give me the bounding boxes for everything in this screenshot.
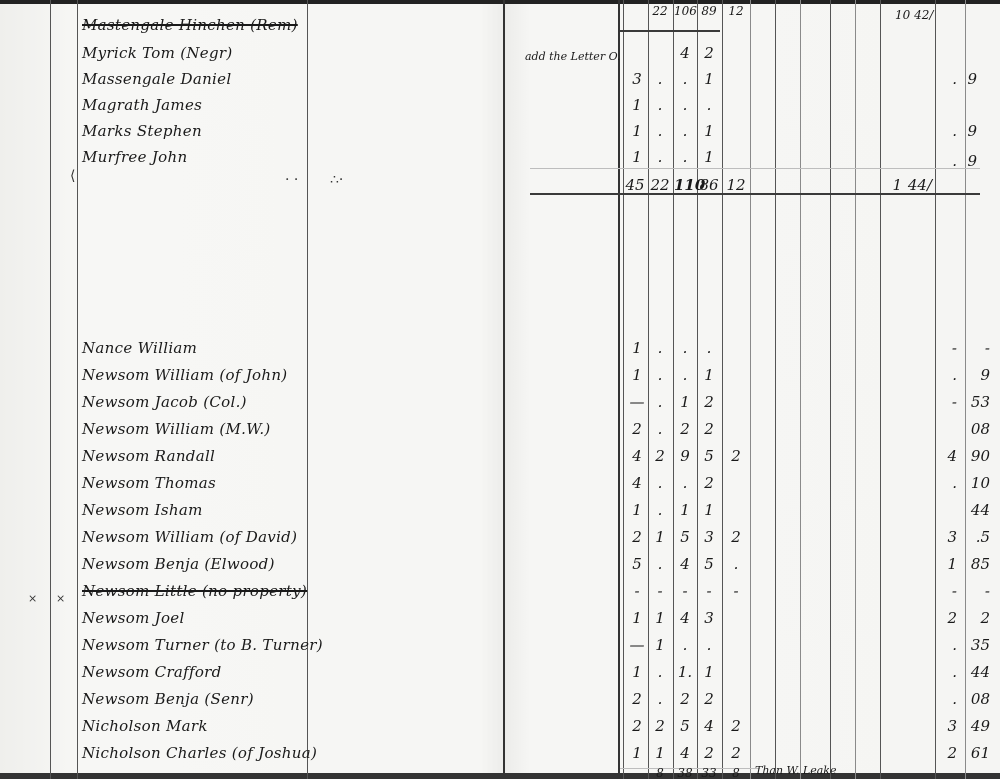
- value-c1: 2: [626, 420, 648, 438]
- tax-b: -: [960, 339, 990, 357]
- tax-a: .: [935, 690, 957, 708]
- value-c3: 4: [674, 609, 696, 627]
- tax-a: 1: [935, 555, 957, 573]
- ink-mark: ∴·: [330, 172, 343, 188]
- value-c1: —: [626, 636, 648, 654]
- value-c1: 3: [626, 70, 648, 88]
- value-c1: 1: [626, 663, 648, 681]
- tax-a: -: [935, 339, 957, 357]
- value-c4: 2: [698, 44, 720, 62]
- entry-name: Nicholson Charles (of Joshua): [82, 744, 317, 762]
- value-c2: 2: [649, 717, 671, 735]
- value-c4: 1: [698, 663, 720, 681]
- value-c4: 4: [698, 717, 720, 735]
- value-c2: .: [649, 339, 671, 357]
- value-c3: 4: [674, 44, 696, 62]
- tax-b: 10: [960, 474, 990, 492]
- value-c3: 1: [674, 501, 696, 519]
- value-c1: 5: [626, 555, 648, 573]
- col-rule-0b: [623, 0, 624, 779]
- value-c2: .: [649, 70, 671, 88]
- value-c2: .: [649, 393, 671, 411]
- tax-b: 90: [960, 447, 990, 465]
- entry-name: Nicholson Mark: [82, 717, 208, 735]
- value-c3: 9: [674, 447, 696, 465]
- value-c4: 1: [698, 148, 720, 166]
- tax-a: .: [935, 663, 957, 681]
- value-c4: 1: [698, 70, 720, 88]
- ink-mark: ⟨: [70, 168, 75, 184]
- value-c3: .: [674, 122, 696, 140]
- tax-a: 2: [935, 609, 957, 627]
- tax-a: -: [935, 582, 957, 600]
- value-c1: 1: [626, 744, 648, 762]
- tax-b: 35: [960, 636, 990, 654]
- value-c2: 1: [649, 636, 671, 654]
- entry-name: Newsom Isham: [82, 501, 203, 519]
- value-c4: .: [698, 339, 720, 357]
- value-c5: 2: [725, 744, 747, 762]
- tax-b: 85: [960, 555, 990, 573]
- value-c3: .: [674, 70, 696, 88]
- value-c3: 4: [674, 744, 696, 762]
- col-rule-4: [722, 0, 723, 779]
- value-c4: 3: [698, 609, 720, 627]
- header-total-c2: 22: [649, 4, 671, 18]
- tax-b: 44: [960, 663, 990, 681]
- value-c2: .: [649, 148, 671, 166]
- value-c1: 1: [626, 96, 648, 114]
- tax-a: .: [935, 122, 957, 140]
- value-c1: 2: [626, 690, 648, 708]
- value-c4: .: [698, 636, 720, 654]
- header-total-c3: 106: [674, 4, 696, 18]
- value-c2: .: [649, 555, 671, 573]
- value-c2: 1: [649, 528, 671, 546]
- ledger-page: 22 106 89 12 10 42/ add the Letter O. Ma…: [0, 0, 1000, 779]
- value-c3: .: [674, 96, 696, 114]
- entry-name: Newsom Benja (Senr): [82, 690, 254, 708]
- value-c1: —: [626, 393, 648, 411]
- subtotal-c5: 8: [725, 766, 747, 779]
- total-c5: 12: [725, 176, 747, 194]
- value-c4: 5: [698, 447, 720, 465]
- col-rule-6: [775, 0, 776, 779]
- col-rule-8: [830, 0, 831, 779]
- value-c2: .: [649, 501, 671, 519]
- x-mark: ×: [28, 592, 37, 605]
- tax-b: 53: [960, 393, 990, 411]
- total-tax-a: 1: [880, 176, 902, 194]
- subtotal-note: Than W. Leake: [755, 764, 837, 777]
- value-c1: 1: [626, 501, 648, 519]
- tax-b: 44: [960, 501, 990, 519]
- ink-mark: · ·: [285, 172, 298, 188]
- total-tax-b: 44/: [900, 176, 932, 194]
- entry-name: Newsom William (M.W.): [82, 420, 271, 438]
- value-c2: .: [649, 474, 671, 492]
- value-c3: 5: [674, 717, 696, 735]
- entry-name: Newsom Little (no property): [82, 582, 307, 600]
- entry-name: Nance William: [82, 339, 197, 357]
- tax-b: 9: [960, 366, 990, 384]
- tax-a: .: [935, 474, 957, 492]
- value-c1: 4: [626, 447, 648, 465]
- entry-name: Newsom Randall: [82, 447, 215, 465]
- tax-b: -: [960, 582, 990, 600]
- value-c4: .: [698, 96, 720, 114]
- value-c4: 1: [698, 122, 720, 140]
- value-c4: 2: [698, 420, 720, 438]
- value-c2: 1: [649, 609, 671, 627]
- header-total-c5: 12: [725, 4, 747, 18]
- value-c2: 1: [649, 744, 671, 762]
- value-c3: 1.: [674, 663, 696, 681]
- tax-b: 08: [960, 420, 990, 438]
- margin-rule-1: [50, 0, 51, 779]
- tax-a: 3: [935, 717, 957, 735]
- entry-name: Myrick Tom (Negr): [82, 44, 233, 62]
- tax-b: 61: [960, 744, 990, 762]
- tax-a: 2: [935, 744, 957, 762]
- value-c5: -: [725, 582, 747, 600]
- value-c1: -: [626, 582, 648, 600]
- margin-rule-2: [77, 0, 78, 779]
- tax-b: 49: [960, 717, 990, 735]
- entry-name: Newsom Joel: [82, 609, 185, 627]
- value-c1: 4: [626, 474, 648, 492]
- entry-name: Magrath James: [82, 96, 202, 114]
- value-c4: 1: [698, 366, 720, 384]
- tax-b: 9: [955, 152, 977, 170]
- value-c3: .: [674, 474, 696, 492]
- value-c5: 2: [725, 717, 747, 735]
- value-c1: 2: [626, 528, 648, 546]
- entry-name: Murfree John: [82, 148, 187, 166]
- tax-a: 3: [935, 528, 957, 546]
- scan-top-edge: [0, 0, 1000, 4]
- value-c1: 1: [626, 148, 648, 166]
- entry-name: Newsom Thomas: [82, 474, 216, 492]
- value-c3: 2: [674, 420, 696, 438]
- tax-b: 9: [955, 122, 977, 140]
- value-c2: .: [649, 96, 671, 114]
- value-c1: 2: [626, 717, 648, 735]
- value-c1: 1: [626, 339, 648, 357]
- tax-a: .: [935, 636, 957, 654]
- value-c3: .: [674, 339, 696, 357]
- value-c5: .: [725, 555, 747, 573]
- tax-b: .5: [960, 528, 990, 546]
- value-c4: 2: [698, 744, 720, 762]
- value-c3: .: [674, 366, 696, 384]
- entry-name: Newsom Jacob (Col.): [82, 393, 247, 411]
- subtotal-c2: 8: [649, 766, 671, 779]
- value-c4: 2: [698, 690, 720, 708]
- tax-a: -: [935, 393, 957, 411]
- scan-bottom-edge: [0, 773, 1000, 779]
- pre-total-rule: [530, 168, 980, 169]
- tax-b: 9: [955, 70, 977, 88]
- value-c4: 5: [698, 555, 720, 573]
- col-rule-9: [855, 0, 856, 779]
- value-c5: 2: [725, 528, 747, 546]
- tax-a: 4: [935, 447, 957, 465]
- entry-name: Newsom Turner (to B. Turner): [82, 636, 323, 654]
- value-c4: -: [698, 582, 720, 600]
- value-c3: 2: [674, 690, 696, 708]
- total-c2: 22: [649, 176, 671, 194]
- value-c3: 1: [674, 393, 696, 411]
- col-rule-5: [750, 0, 751, 779]
- value-c1: 1: [626, 122, 648, 140]
- entry-name: Newsom Benja (Elwood): [82, 555, 275, 573]
- col-rule-10: [880, 0, 881, 779]
- value-c3: 5: [674, 528, 696, 546]
- value-c2: -: [649, 582, 671, 600]
- value-c4: 1: [698, 501, 720, 519]
- value-c4: 2: [698, 474, 720, 492]
- center-gutter: [503, 0, 505, 779]
- value-c1: 1: [626, 366, 648, 384]
- col-rule-0: [618, 0, 620, 779]
- value-c3: .: [674, 148, 696, 166]
- header-total-c4: 89: [698, 4, 720, 18]
- entry-name: Newsom Crafford: [82, 663, 222, 681]
- value-c1: 1: [626, 609, 648, 627]
- value-c4: 2: [698, 393, 720, 411]
- value-c3: 4: [674, 555, 696, 573]
- header-underline: [620, 30, 720, 32]
- name-column-rule: [307, 0, 308, 779]
- tax-a: .: [935, 152, 957, 170]
- value-c3: -: [674, 582, 696, 600]
- value-c2: .: [649, 420, 671, 438]
- tax-b: 2: [960, 609, 990, 627]
- subtotal-c3: 38: [674, 766, 696, 779]
- entry-name: Newsom William (of David): [82, 528, 297, 546]
- tax-a: .: [935, 70, 957, 88]
- value-c2: .: [649, 663, 671, 681]
- value-c2: .: [649, 366, 671, 384]
- tax-a: .: [935, 366, 957, 384]
- entry-name: Marks Stephen: [82, 122, 202, 140]
- header-tax-marker: 10 42/: [895, 8, 933, 22]
- value-c2: .: [649, 122, 671, 140]
- margin-note-letter-o: add the Letter O.: [525, 50, 620, 63]
- value-c2: .: [649, 690, 671, 708]
- total-c1: 45: [624, 176, 646, 194]
- x-mark: ×: [56, 592, 65, 605]
- entry-name: Newsom William (of John): [82, 366, 287, 384]
- value-c2: 2: [649, 447, 671, 465]
- tax-b: 08: [960, 690, 990, 708]
- entry-name: Mastengale Hinchen (Rem): [82, 16, 298, 34]
- entry-name: Massengale Daniel: [82, 70, 231, 88]
- value-c4: 3: [698, 528, 720, 546]
- col-rule-7: [800, 0, 801, 779]
- subtotal-c4: 33: [698, 766, 720, 779]
- value-c5: 2: [725, 447, 747, 465]
- total-c4: 86: [698, 176, 720, 194]
- total-c3: 110: [674, 176, 696, 194]
- value-c3: .: [674, 636, 696, 654]
